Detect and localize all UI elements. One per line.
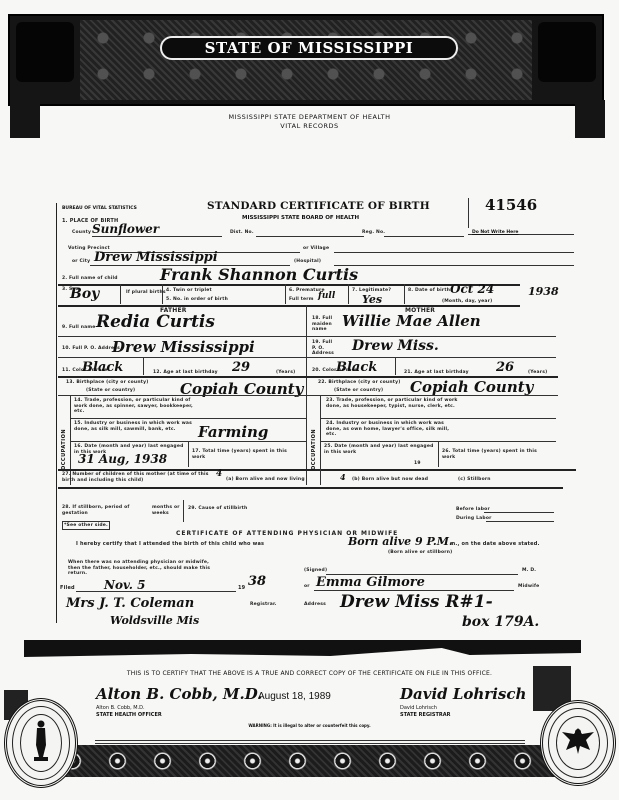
row-divider [70,418,306,419]
mother-name-label: 18. Full maiden name [312,316,334,333]
father-occupation-side-label: OCCUPATION [61,400,67,470]
divider [143,357,144,375]
village-line [334,252,574,253]
great-seal-of-mississippi-icon [540,700,616,786]
header-pattern [80,20,532,100]
reg-line [384,236,464,237]
mother-address-line [306,357,556,358]
attendant-birth-status: Born alive 9 P.M. [348,535,453,548]
birth-order-label: 5. No. in order of birth [166,297,228,302]
mother-date-last-label: 25. Date (month and year) last engaged i… [324,444,436,455]
father-trade-label: 14. Trade, profession, or particular kin… [74,398,194,415]
alteration-warning: WARNING: It is illegal to alter or count… [0,723,619,728]
father-industry-value: Farming [198,423,268,441]
row-divider [58,376,306,378]
father-industry-label: 15. Industry or business in which work w… [74,421,194,432]
address-label: Address [304,602,326,607]
mother-address-value: Drew Miss. [352,338,439,354]
father-date-last-value: 31 Aug, 1938 [78,452,167,466]
attendant-address-line2: box 179A. [462,614,539,630]
children-count-value: 4 [216,469,222,479]
father-birthplace-sub: (State or country) [86,388,135,393]
mother-total-time-label: 26. Total time (years) spent in this wor… [442,449,542,460]
filed-year-prefix: 19 [238,585,245,591]
filed-date-value: Nov. 5 [104,578,145,592]
division-name: VITAL RECORDS [0,122,619,130]
health-officer-title: STATE HEALTH OFFICER [96,712,162,718]
children-count-label: 27. Number of children of this mother (a… [62,472,212,483]
header-ornamental-band [8,14,604,106]
county-line [92,236,222,237]
born-dead-label: (b) Born alive but now dead [352,477,428,482]
state-board-of-health-seal-icon [4,698,78,788]
plural-label: If plural births [126,290,166,295]
twin-label: 4. Twin or triplet [166,288,212,293]
row-divider [58,469,576,471]
mother-name-value: Willie Mae Allen [342,312,481,330]
county-label: County [72,230,91,235]
dist-no-label: Dist. No. [230,230,254,235]
date-of-birth-value: Oct 24 [450,282,494,296]
form-number-divider [468,198,469,228]
registrar-label: Registrar. [250,602,277,607]
divider [188,441,189,467]
date-of-birth-year: 1938 [528,285,559,298]
father-total-time-label: 17. Total time (years) spent in this wor… [192,449,292,460]
divider [348,284,349,304]
born-alive-label: (a) Born alive and now living [226,477,305,482]
date-of-birth-label: 8. Date of birth [408,288,450,293]
county-value: Sunflower [92,222,159,236]
mother-birthplace-value: Copiah County [410,378,533,396]
mother-birthplace-sub: (State or country) [334,388,383,393]
header-corner-right [538,22,596,82]
health-officer-name: Alton B. Cobb, M.D. [96,705,145,711]
mother-date-last-value: 19 [414,461,421,466]
form-left-border [56,203,57,623]
state-registrar-name: David Lohrisch [400,705,437,711]
mother-trade-label: 23. Trade, profession, or particular kin… [326,398,466,409]
city-label: or City [72,259,90,264]
department-name: MISSISSIPPI STATE DEPARTMENT OF HEALTH [0,113,619,121]
registrar-name-value: Mrs J. T. Coleman [66,596,194,611]
mother-occupation-side-label: OCCUPATION [311,400,317,470]
mother-race-value: Black [336,360,377,375]
registrar-location-value: Woldsville Mis [110,614,199,627]
mother-address-label: 19. Full P. O. Address [312,340,334,357]
father-name-line [58,336,306,337]
sex-value: Boy [70,286,99,302]
village-label: or Village [303,246,329,251]
mother-birthplace-label: 22. Birthplace (city or county) [318,380,400,385]
divider [285,284,286,304]
during-labor-line [486,521,554,522]
full-term-label: Full term [289,297,314,302]
divider [395,357,396,375]
divider [183,500,184,522]
father-name-value: Redia Curtis [96,312,215,332]
state-banner: STATE OF MISSISSIPPI [160,36,458,60]
stillborn-label: (c) Stillborn [458,477,491,482]
full-term-value: full [318,291,335,301]
child-name-label: 2. Full name of child [62,276,118,281]
or-label: or [304,584,310,589]
attendant-address-line1: Drew Miss R#1- [340,592,493,612]
divider [438,441,439,467]
seal-eagle-icon [560,724,596,762]
father-race-value: Black [82,360,123,375]
health-officer-signature: Alton B. Cobb, M.D. [96,685,262,703]
mother-age-value: 26 [496,360,514,375]
attendant-certify-suffix: m., on the date above stated. [450,541,540,547]
child-name-value: Frank Shannon Curtis [160,265,358,284]
attendant-note: When there was no attending physician or… [68,560,218,577]
dist-line [256,236,364,237]
city-value: Drew Mississippi [94,250,218,265]
certificate-title: STANDARD CERTIFICATE OF BIRTH [207,200,430,212]
row-divider [320,418,556,419]
issue-date: August 18, 1989 [258,691,331,702]
hospital-label: (Hospital) [294,259,321,264]
see-other-side-note: *See other side. [62,521,110,530]
attendant-status-hint: (Born alive or stillborn) [388,550,452,555]
footer-band-rule [95,740,525,744]
row-divider [306,395,558,396]
filed-year-value: 38 [248,574,266,589]
filed-line [76,591,236,592]
father-name-label: 9. Full name [62,325,96,330]
reg-no-label: Reg. No. [362,230,385,235]
stillbirth-cause-label: 29. Cause of stillbirth [188,506,247,511]
father-birthplace-label: 13. Birthplace (city or county) [66,380,148,385]
footer-ornamental-band [50,745,570,777]
row-divider [58,305,520,307]
state-registrar-title: STATE REGISTRAR [400,712,450,718]
father-address-line [58,357,306,358]
father-age-value: 29 [232,360,250,375]
before-labor-line [484,512,554,513]
father-age-label: 12. Age at last birthday [153,370,218,375]
certificate-number: 41546 [485,196,537,214]
seal-figure-icon [31,719,51,767]
mother-industry-label: 24. Industry or business in which work w… [326,421,456,438]
father-address-value: Drew Mississippi [112,338,255,356]
do-not-write-here: Do Not Write Here [472,230,518,235]
signed-label: (Signed) [304,568,327,573]
header-corner-left [16,22,74,82]
state-registrar-signature: David Lohrisch [400,685,526,703]
divider [120,284,121,304]
attendant-certify-text: I hereby certify that I attended the bir… [76,541,264,547]
father-age-unit: (Years) [276,370,295,375]
midwife-line [314,590,514,591]
row-divider [58,395,306,396]
mother-age-label: 21. Age at last birthday [404,370,469,375]
divider [404,284,405,304]
midwife-name-value: Emma Gilmore [316,575,425,590]
date-of-birth-hint: (Month, day, year) [442,299,492,304]
row-divider [58,487,563,489]
md-label: M. D. [522,568,536,573]
mother-age-unit: (Years) [528,370,547,375]
gestation-months-label: months or weeks [152,505,180,516]
divider [320,395,321,485]
certification-statement: THIS IS TO CERTIFY THAT THE ABOVE IS A T… [0,670,619,677]
filed-label: Filed [60,585,75,591]
midwife-label: Midwife [518,584,539,589]
stillborn-gestation-label: 28. If stillborn, period of gestation [62,505,132,516]
certificate-subtitle: MISSISSIPPI STATE BOARD OF HEALTH [242,215,359,221]
footer-black-bar [24,640,581,660]
mother-name-line [306,336,556,337]
bureau-label: BUREAU OF VITAL STATISTICS [62,206,137,211]
born-alive-value: 4 [340,472,346,482]
hospital-line [334,265,574,266]
